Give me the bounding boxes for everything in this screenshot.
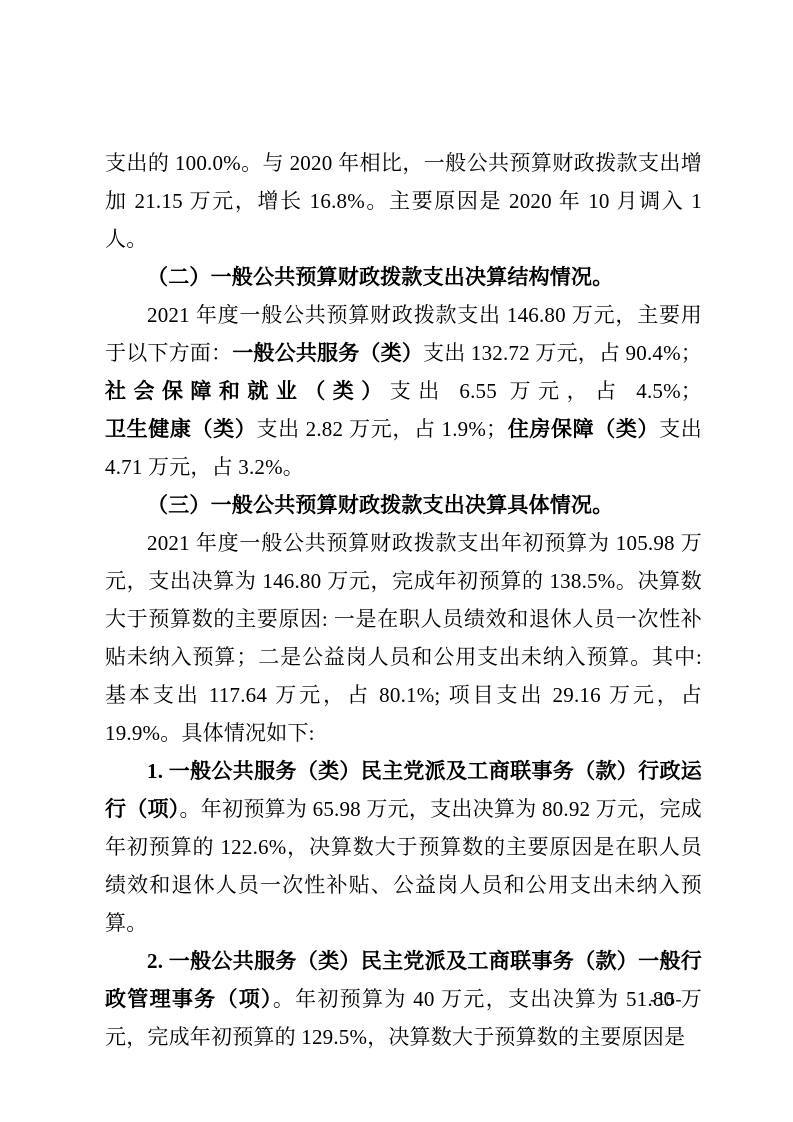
paragraph: 支出的 100.0%。与 2020 年相比，一般公共预算财政拨款支出增加 21.… [105,144,702,258]
emphasis-text-run: （三）一般公共预算财政拨款支出决算具体情况。 [147,493,613,517]
paragraph: 2021 年度一般公共预算财政拨款支出 146.80 万元，主要用于以下方面：一… [105,296,702,486]
emphasis-text-run: 社会保障和就业（类） [105,379,390,403]
body-text-run: 2021 年度一般公共预算财政拨款支出年初预算为 105.98 万元，支出决算为… [105,531,702,745]
body-text-run: 支出 6.55 万元，占 4.5%； [390,379,702,403]
emphasis-text-run: 一般公共服务（类） [232,341,423,365]
document-page: 支出的 100.0%。与 2020 年相比，一般公共预算财政拨款支出增加 21.… [0,0,793,1122]
emphasis-text-run: 住房保障（类） [507,417,659,441]
emphasis-text-run: （二）一般公共预算财政拨款支出决算结构情况。 [147,265,613,289]
body-text-run: 支出的 100.0%。与 2020 年相比，一般公共预算财政拨款支出增加 21.… [105,151,702,251]
emphasis-text-run: 卫生健康（类） [105,417,256,441]
page-number: -15- [650,988,682,1010]
body-text-run: 支出 2.82 万元，占 1.9%； [256,417,507,441]
document-content: 支出的 100.0%。与 2020 年相比，一般公共预算财政拨款支出增加 21.… [105,144,702,1056]
body-text-run: 。年初预算为 65.98 万元，支出决算为 80.92 万元，完成年初预算的 1… [105,797,702,935]
paragraph: 1. 一般公共服务（类）民主党派及工商联事务（款）行政运行（项）。年初预算为 6… [105,752,702,942]
paragraph: 2. 一般公共服务（类）民主党派及工商联事务（款）一般行政管理事务（项）。年初预… [105,942,702,1056]
section-heading: （二）一般公共预算财政拨款支出决算结构情况。 [105,258,702,296]
paragraph: 2021 年度一般公共预算财政拨款支出年初预算为 105.98 万元，支出决算为… [105,524,702,752]
body-text-run: 支出 132.72 万元，占 90.4%； [423,341,702,365]
section-heading: （三）一般公共预算财政拨款支出决算具体情况。 [105,486,702,524]
